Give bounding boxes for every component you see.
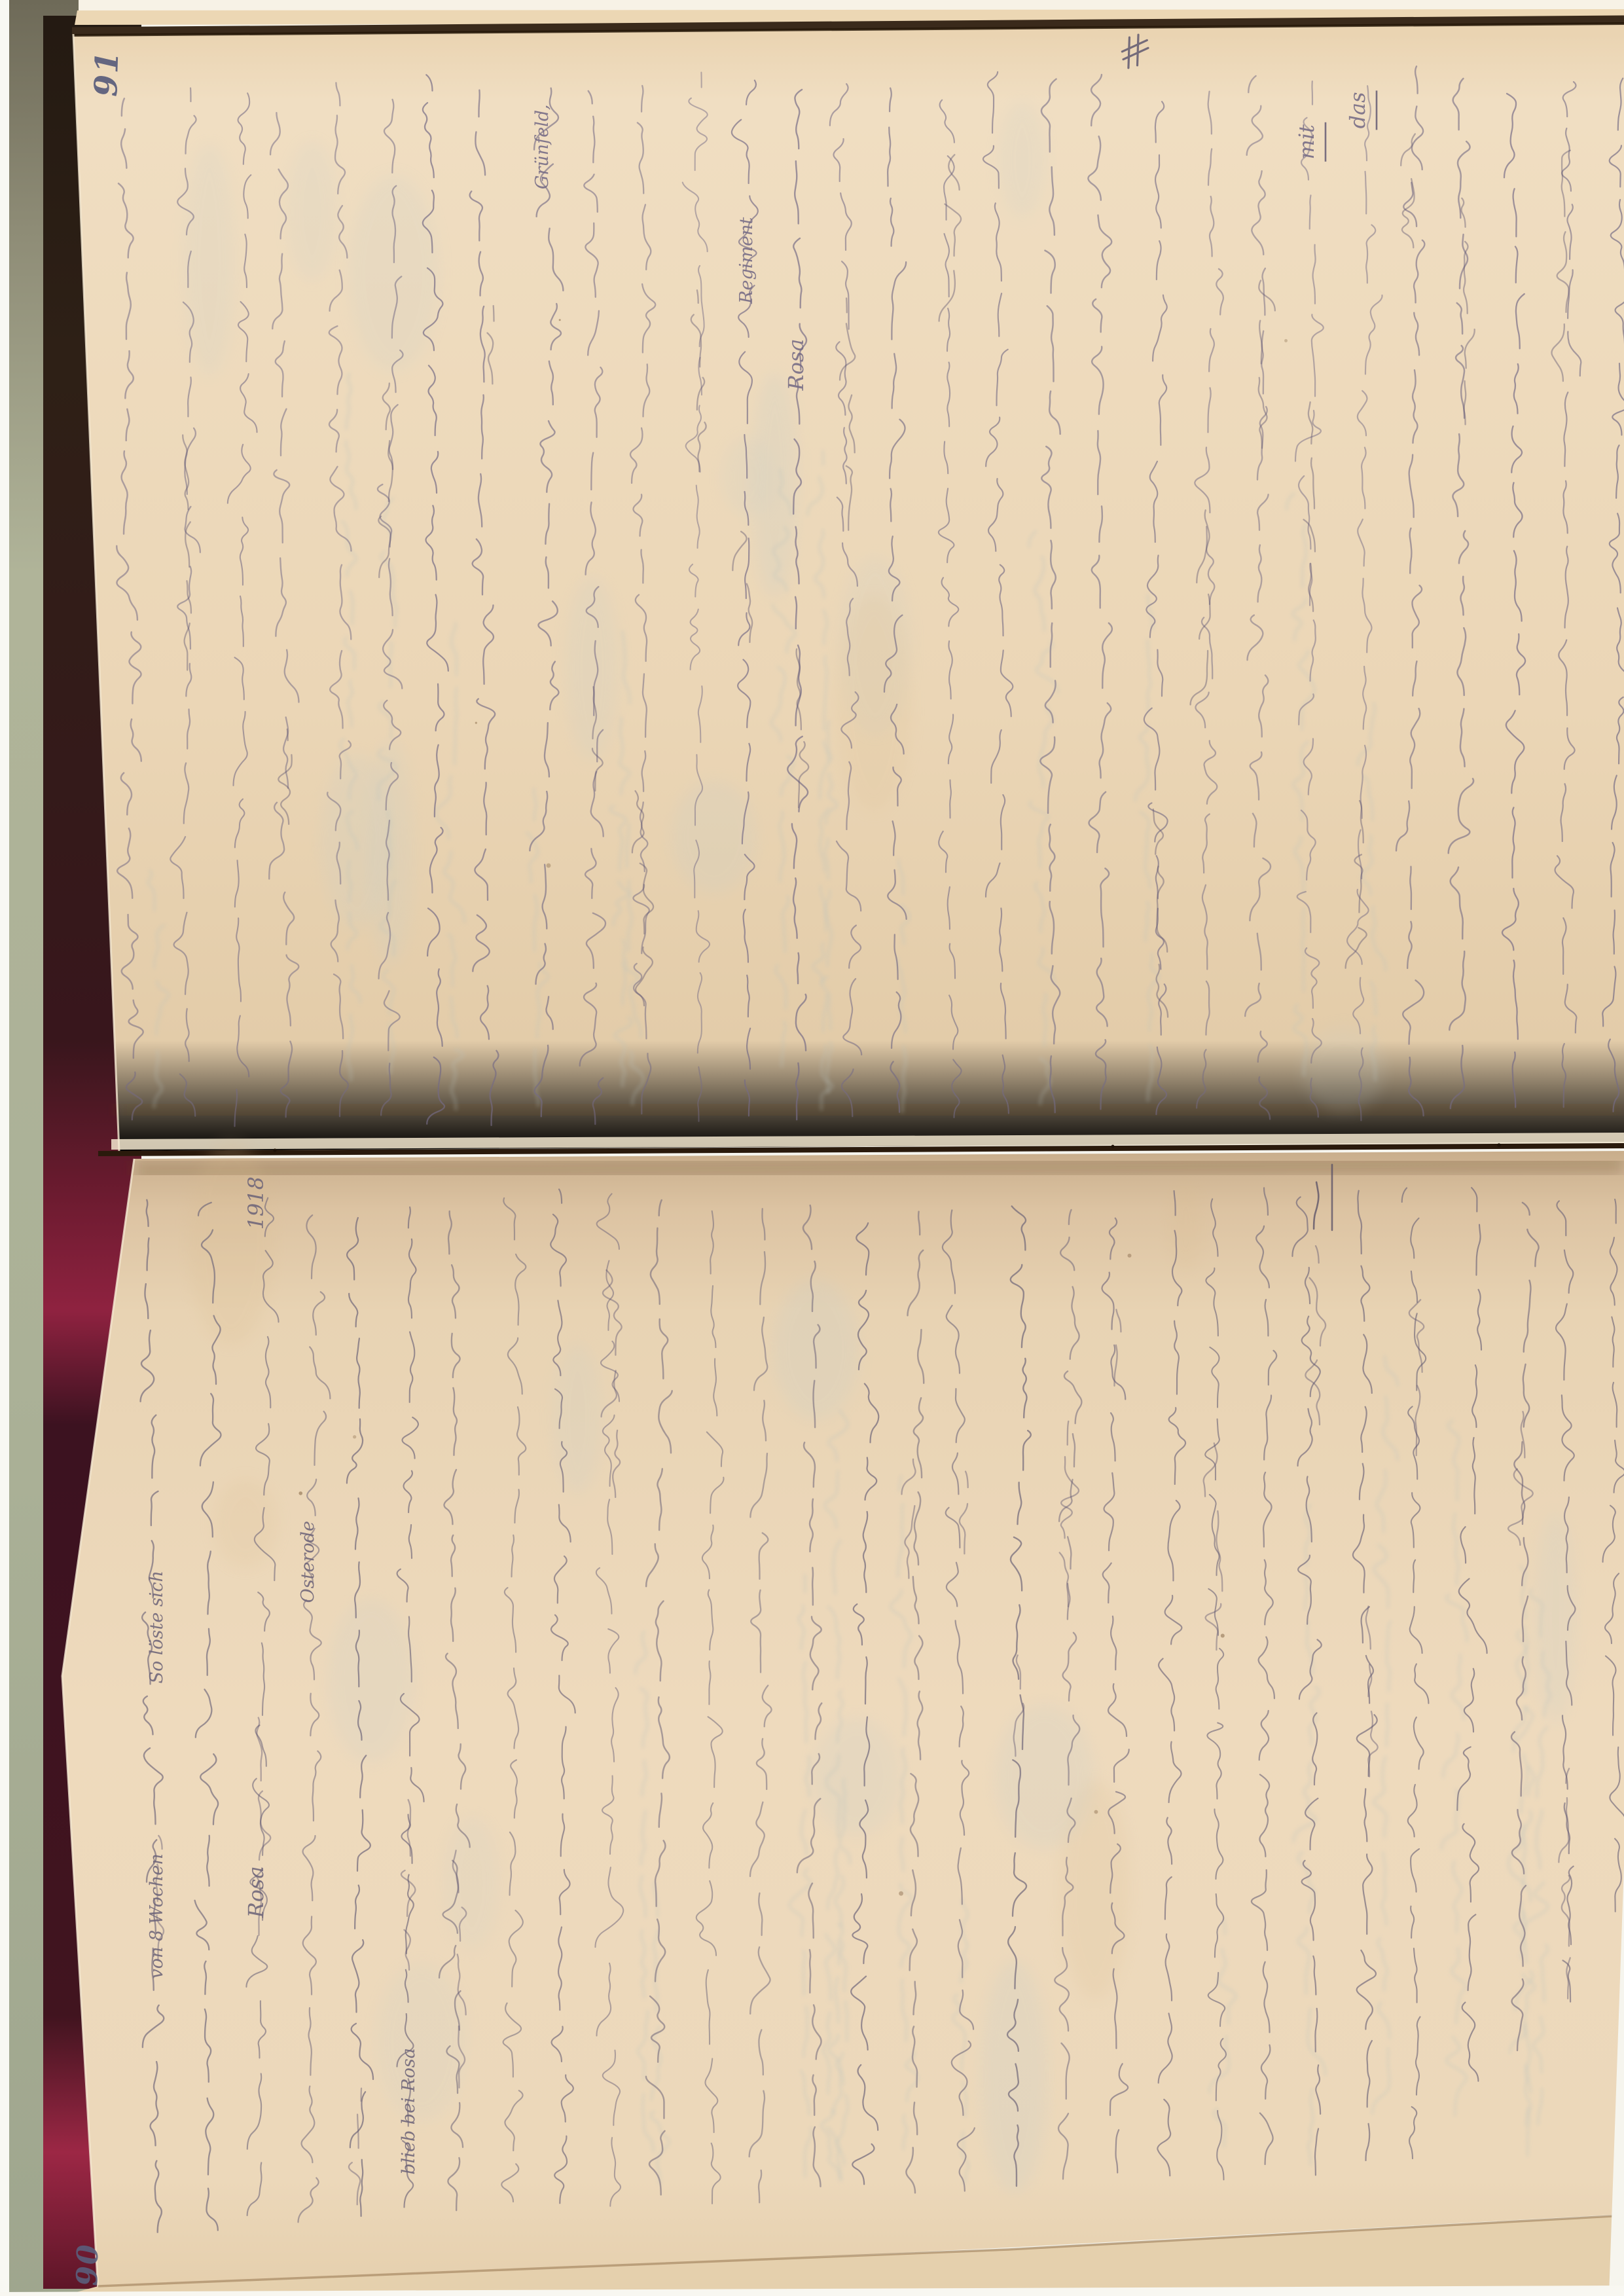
foxing-spot [298,1491,302,1495]
gutter-stitch-dot [1497,1143,1501,1147]
legible-fragment-text: So löste sich [147,1571,167,1684]
bleed-through-blob [772,1279,859,1420]
bleed-through-blob [213,1478,278,1567]
scan-edge-white-left [0,0,9,2296]
scanned-diary-page: Grünfeld,RegimentRosamitdas von 8 Wochen… [0,0,1624,2296]
legible-fragment-text: Rosa [784,338,808,391]
legible-fragment-text: mit [1294,124,1319,160]
bleed-through-blob [812,1718,901,1835]
legible-fragment-text: Regiment [736,217,757,304]
gutter-shadow-bottom-page [134,1164,1624,1172]
book-scan: Grünfeld,RegimentRosamitdas von 8 Wochen… [0,0,1624,2296]
bleed-through-blob [1303,1026,1384,1112]
foxing-spot [353,1435,356,1438]
foxing-spot [1221,1633,1225,1637]
foxing-spot [1128,1254,1132,1258]
bleed-through-blob [188,1140,274,1345]
legible-fragment-text: Rosa [244,1866,268,1918]
legible-fragment-text: blieb bei Rosa [399,2048,419,2174]
bleed-through-blob [721,437,774,517]
bleed-through-blob [286,142,338,281]
foxing-spot [899,1891,903,1896]
foxing-spot [1284,339,1288,342]
bleed-through-blob [999,101,1046,218]
gutter-stitch-dot [273,1148,276,1152]
legible-fragment-text: Grünfeld, [532,104,552,189]
bleed-through-blob [327,1599,414,1762]
legible-fragment-text: von 8 Wochen [147,1853,167,1978]
bleed-through-blob [1168,1184,1203,1271]
foxing-spot [559,319,561,321]
page-number-90: 90 [71,2243,105,2286]
foxing-spot [475,722,477,724]
gutter-stitch-dot [1111,1145,1115,1148]
bleed-through-blob [444,1817,500,1950]
bleed-through-blob [671,780,756,894]
page-number-91: 91 [88,50,126,98]
foxing-spot [547,864,551,868]
page-curl-highlight [111,1138,1624,1144]
legible-fragment-text: das [1345,92,1370,128]
bleed-through-blob [376,1963,467,2121]
legible-fragment-text: 1918 [244,1176,268,1230]
legible-fragment-text: Osterode [298,1521,318,1603]
foxing-spot [1094,1810,1098,1814]
gutter-shadow-top-page [119,1106,1624,1113]
